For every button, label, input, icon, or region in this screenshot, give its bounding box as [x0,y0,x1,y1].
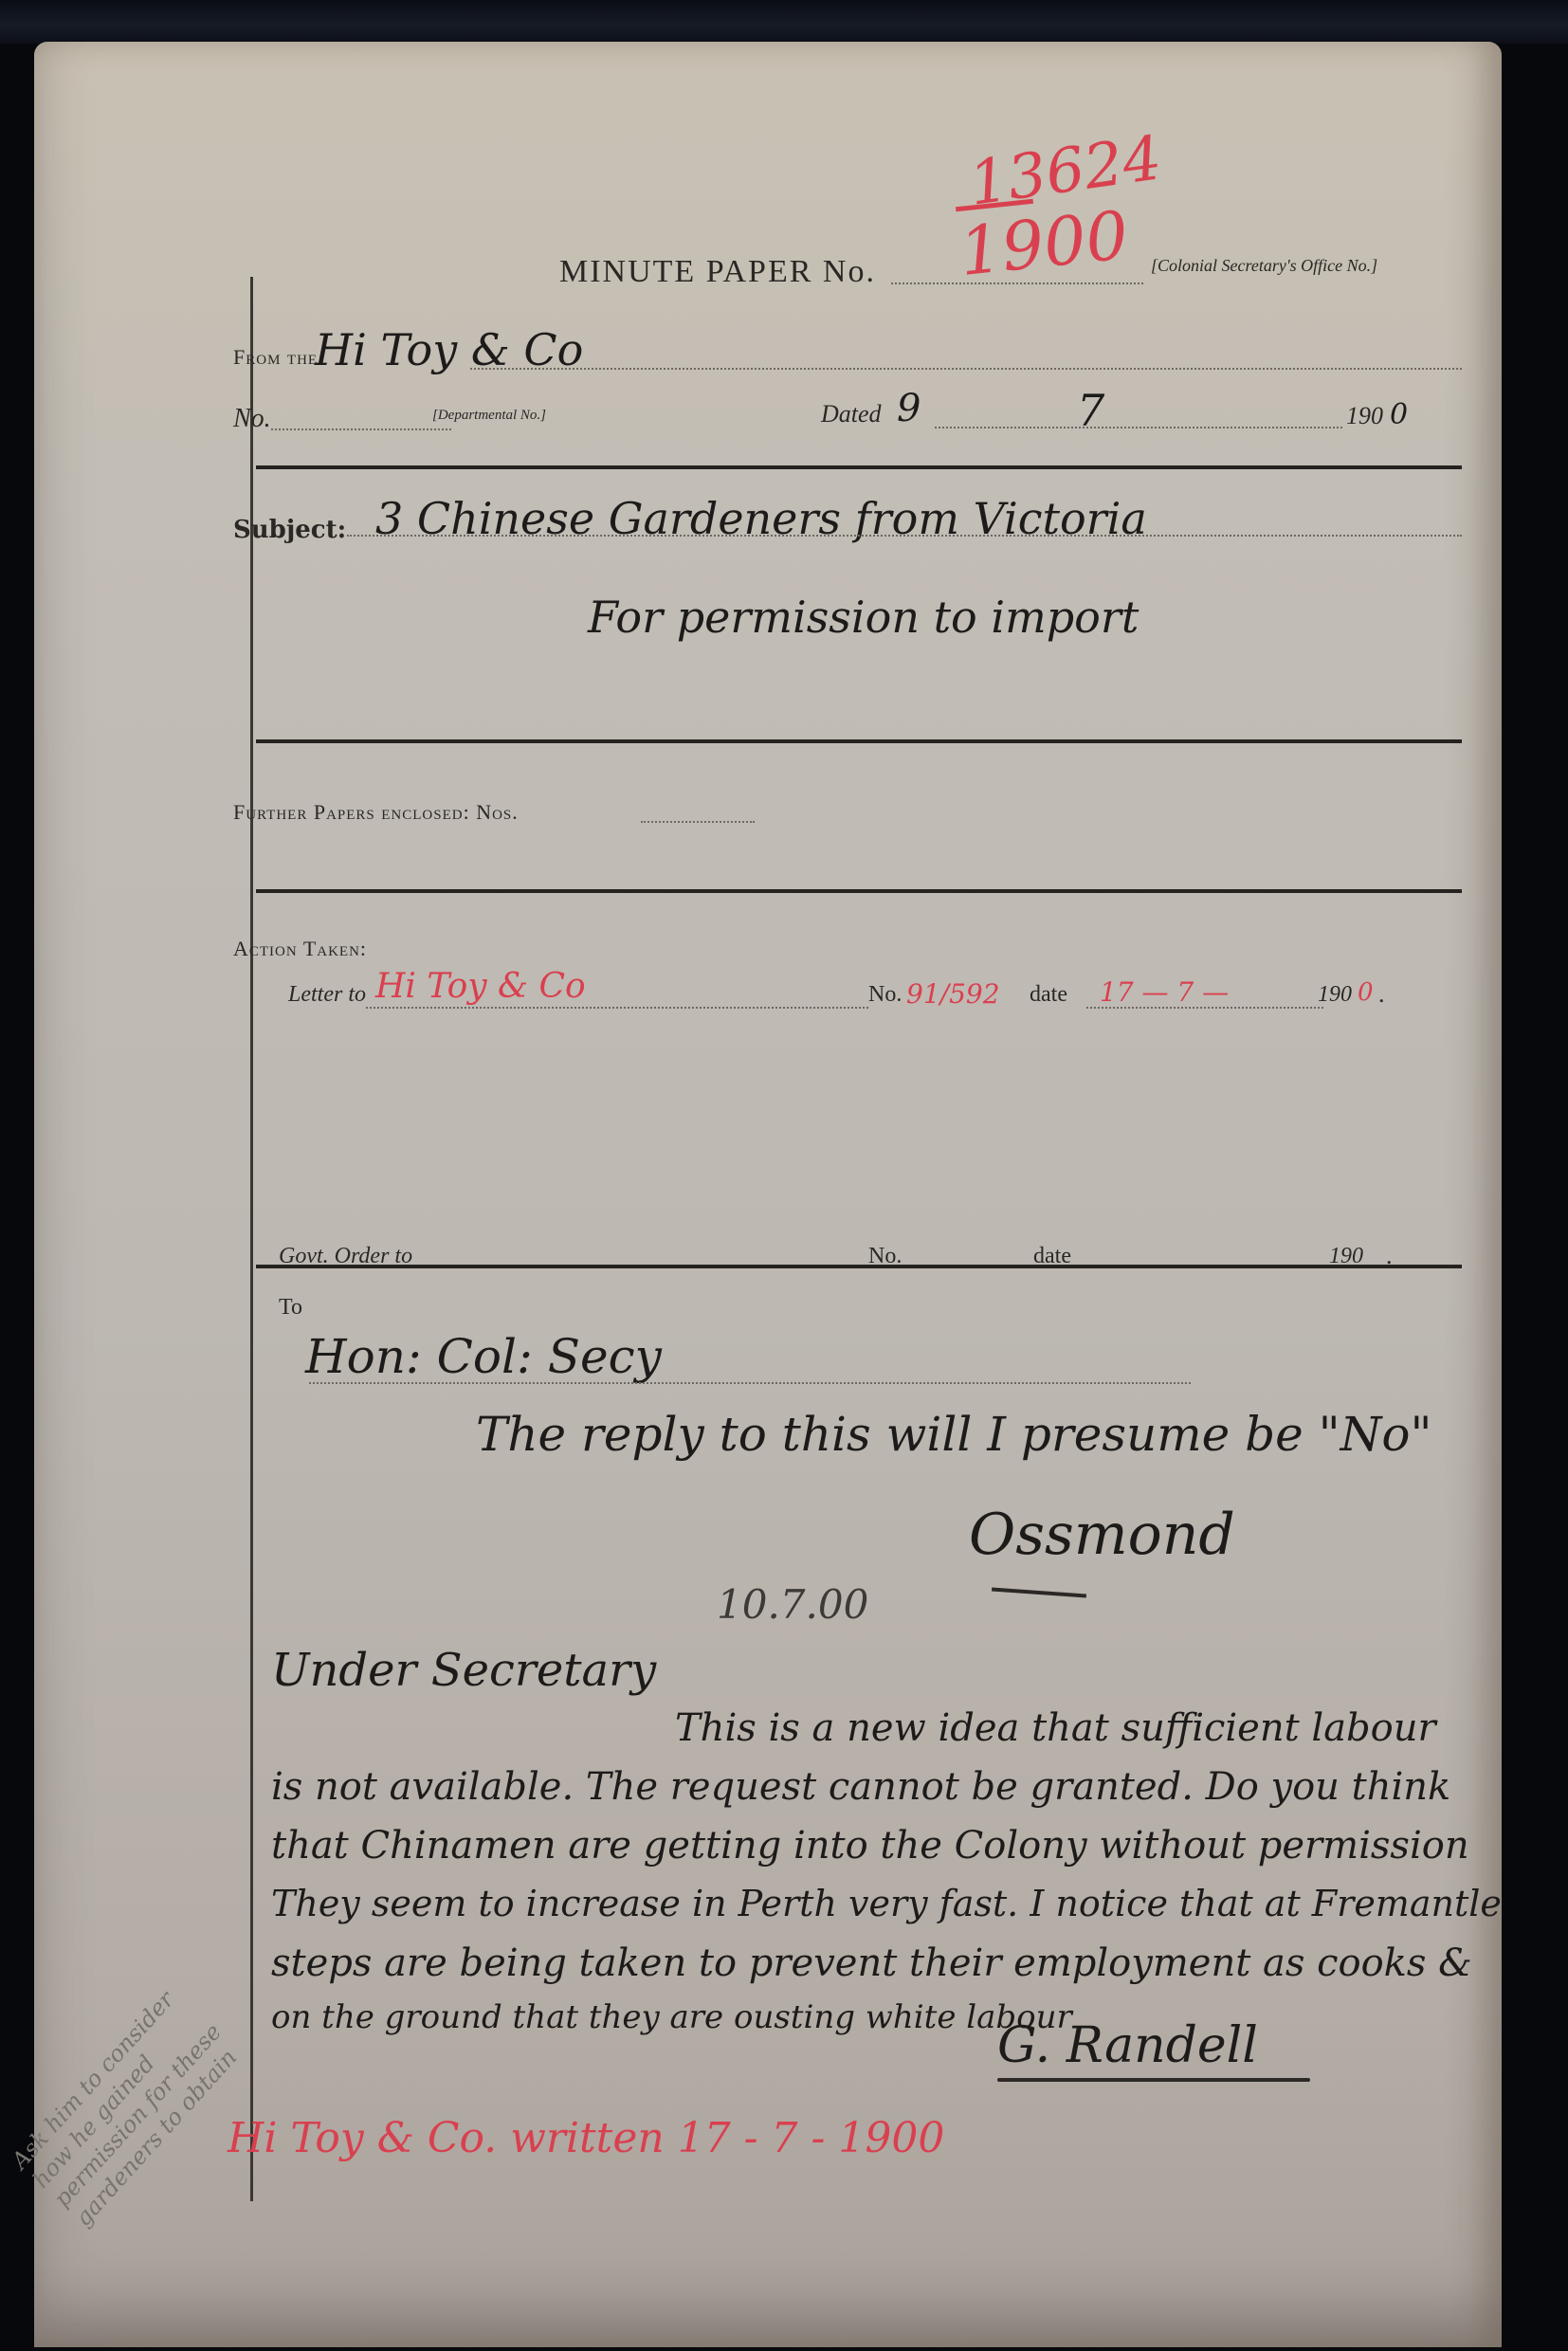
pencil-margin-note: Ask him to consider how he gained permis… [6,1916,306,2232]
minute-number-bottom: 1900 [956,196,1132,291]
to-dotted-line [309,1382,1191,1384]
minute-line-5: steps are being taken to prevent their e… [271,1941,1472,1985]
to-label: To [279,1295,302,1321]
letter-year-prefix: 190 [1318,982,1352,1008]
minute-paper-title: MINUTE PAPER No. [559,254,876,290]
letter-year-suffix: 0 [1358,978,1374,1007]
to-addressee: Hon: Col: Secy [305,1329,662,1384]
signature-underline [997,2078,1310,2082]
section-rule-3 [256,889,1462,893]
archive-sleeve [0,0,1568,44]
minute-line-4: They seem to increase in Perth very fast… [271,1883,1502,1924]
to-date: 10.7.00 [717,1581,868,1628]
dated-dotted-line [935,427,1342,428]
letter-year-period: . [1378,980,1385,1009]
section-rule-4 [256,1265,1462,1268]
action-taken-label: Action Taken: [233,937,367,961]
office-note: [Colonial Secretary's Office No.] [1151,256,1377,276]
letter-no-label: No. [868,982,902,1008]
letter-to-dotted-line [366,1007,868,1009]
departmental-no-label: No. [233,404,271,434]
letter-no-value: 91/592 [906,978,1000,1010]
minute-paper-document: 13624 1900 MINUTE PAPER No. [Colonial Se… [34,42,1502,2347]
footer-written-note: Hi Toy & Co. written 17 - 7 - 1900 [228,2114,944,2162]
minute-salutation: Under Secretary [271,1644,656,1697]
from-label: From the [233,345,318,370]
left-margin-rule [250,277,253,2201]
section-rule-1 [256,465,1462,469]
letter-to-value: Hi Toy & Co [375,967,586,1006]
minute-line-1: This is a new idea that sufficient labou… [675,1706,1436,1750]
subject-line-2: For permission to import [588,592,1139,643]
departmental-note: [Departmental No.] [432,408,546,424]
subject-dotted-line [347,535,1462,537]
signature: G. Randell [997,2017,1258,2074]
from-dotted-line [470,368,1462,370]
letter-date-dotted-line [1086,1007,1323,1009]
minute-line-6: on the ground that they are ousting whit… [271,1998,1072,2036]
subject-label: Subject: [233,516,346,544]
section-rule-2 [256,739,1462,743]
dated-day: 9 [897,387,921,430]
departmental-no-dotted-line [271,428,451,430]
minute-line-2: is not available. The request cannot be … [271,1765,1450,1809]
further-papers-dotted-line [641,821,755,823]
dated-label: Dated [821,400,882,428]
initials-flourish [992,1588,1086,1598]
letter-date-value: 17 — 7 — [1100,976,1229,1008]
to-initials: Ossmond [969,1502,1235,1568]
minute-number-dotted-line [891,282,1143,284]
letter-to-label: Letter to [288,982,366,1008]
further-papers-label: Further Papers enclosed: Nos. [233,800,519,825]
to-note: The reply to this will I presume be "No" [476,1407,1432,1462]
letter-date-label: date [1030,982,1067,1008]
dated-year-prefix: 190 [1346,402,1383,430]
minute-line-3: that Chinamen are getting into the Colon… [271,1824,1469,1868]
dated-year-suffix: 0 [1390,398,1408,431]
